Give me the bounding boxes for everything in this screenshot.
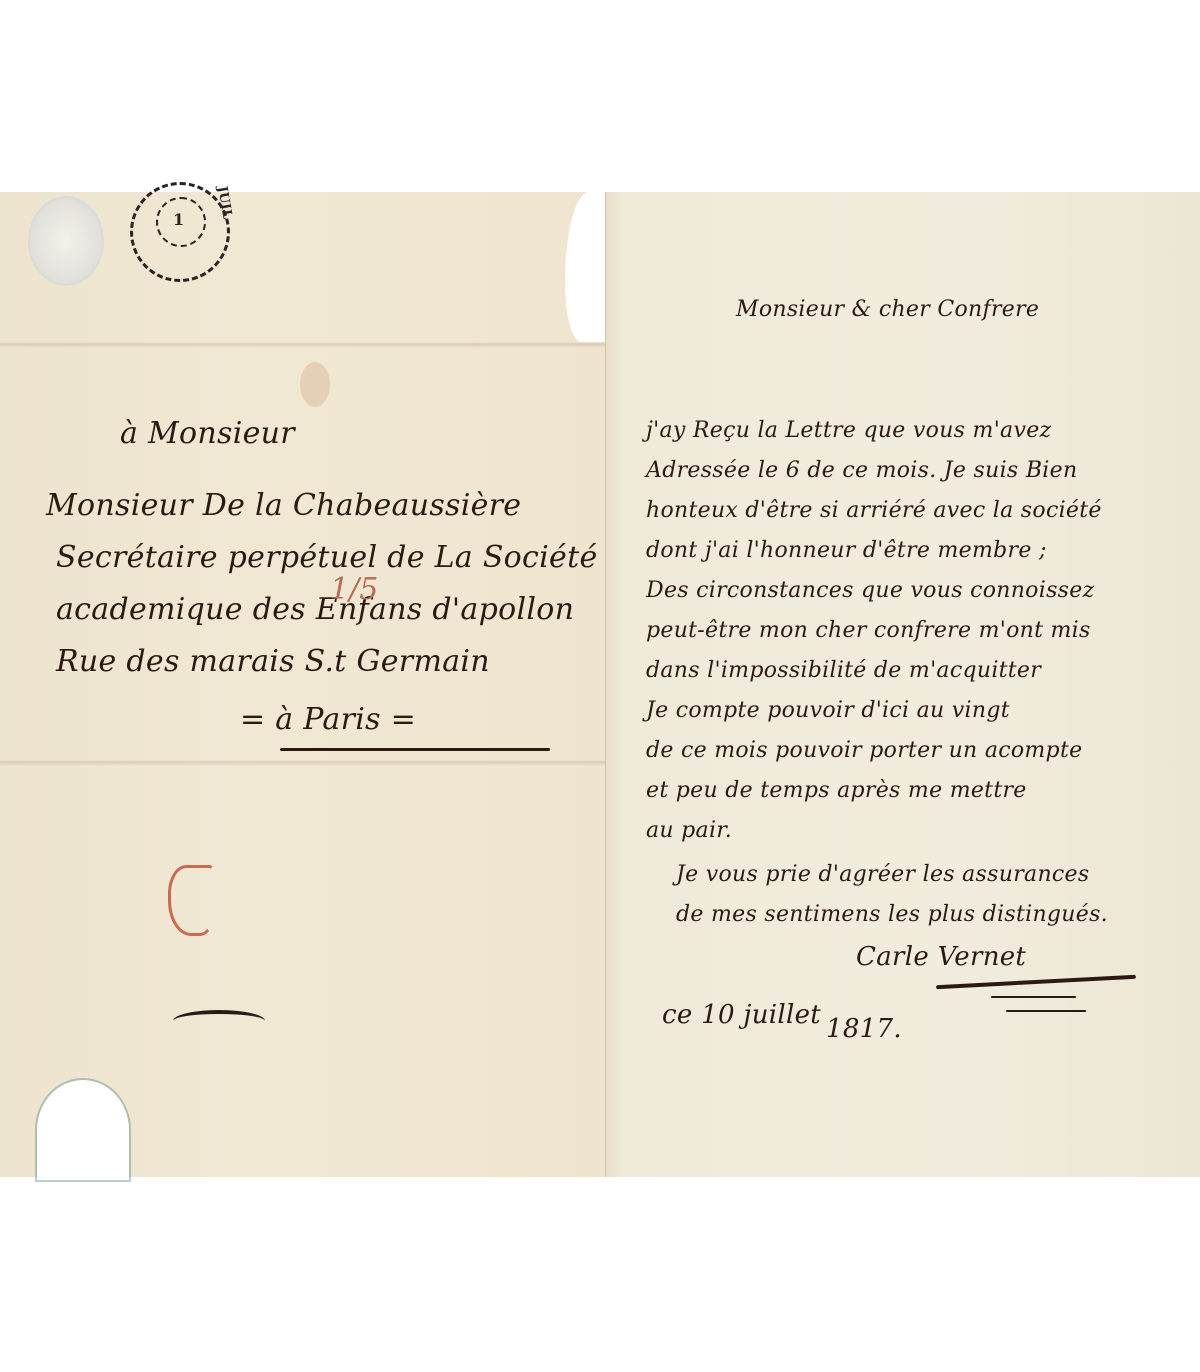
address-line-2: Monsieur De la Chabeaussière (46, 488, 521, 523)
signature-flourish (936, 975, 1136, 989)
body-line: de mes sentimens les plus distingués. (676, 902, 1108, 927)
date-year: 1817. (826, 1014, 902, 1044)
postmark-stamp: 1 JUIL (130, 182, 230, 282)
address-line-4: academique des Enfans d'apollon (56, 592, 574, 627)
body-line: dont j'ai l'honneur d'être membre ; (646, 538, 1047, 563)
signature-flourish-3 (1006, 1010, 1086, 1012)
red-postmark (168, 865, 214, 936)
torn-edge-top-right (565, 192, 605, 342)
address-line-6-city: = à Paris = (240, 702, 416, 737)
body-line: peut-être mon cher confrere m'ont mis (646, 618, 1091, 643)
body-line: Des circonstances que vous connoissez (646, 578, 1094, 603)
date-line: ce 10 juillet (662, 1000, 821, 1030)
signature-flourish-2 (991, 996, 1076, 998)
body-line: Je compte pouvoir d'ici au vingt (646, 698, 1010, 723)
address-leaf: 1 JUIL à Monsieur Monsieur De la Chabeau… (0, 192, 605, 1177)
address-line-1: à Monsieur (120, 416, 295, 451)
body-line: de ce mois pouvoir porter un acompte (646, 738, 1082, 763)
address-line-5: Rue des marais S.t Germain (56, 644, 490, 679)
body-line: et peu de temps après me mettre (646, 778, 1027, 803)
city-underline-flourish (280, 748, 550, 751)
letter-page: Monsieur & cher Confrere j'ay Reçu la Le… (606, 192, 1200, 1177)
torn-hole-bottom-left (37, 1080, 129, 1180)
body-line: au pair. (646, 818, 732, 843)
address-line-3: Secrétaire perpétuel de La Société (56, 540, 598, 575)
body-line: j'ay Reçu la Lettre que vous m'avez (646, 418, 1051, 443)
postmark-day: 1 (173, 210, 184, 229)
body-line: Adressée le 6 de ce mois. Je suis Bien (646, 458, 1077, 483)
black-postmark-arc (173, 1010, 265, 1032)
ink-stain (300, 362, 330, 407)
postmark-month: JUIL (214, 185, 234, 220)
body-line: dans l'impossibilité de m'acquitter (646, 658, 1041, 683)
signature: Carle Vernet (856, 942, 1026, 972)
salutation: Monsieur & cher Confrere (736, 297, 1039, 322)
red-postage-annotation: 1/5 (330, 572, 378, 607)
body-line: Je vous prie d'agréer les assurances (676, 862, 1089, 887)
body-line: honteux d'être si arriéré avec la sociét… (646, 498, 1102, 523)
wax-seal-impression (28, 196, 104, 286)
